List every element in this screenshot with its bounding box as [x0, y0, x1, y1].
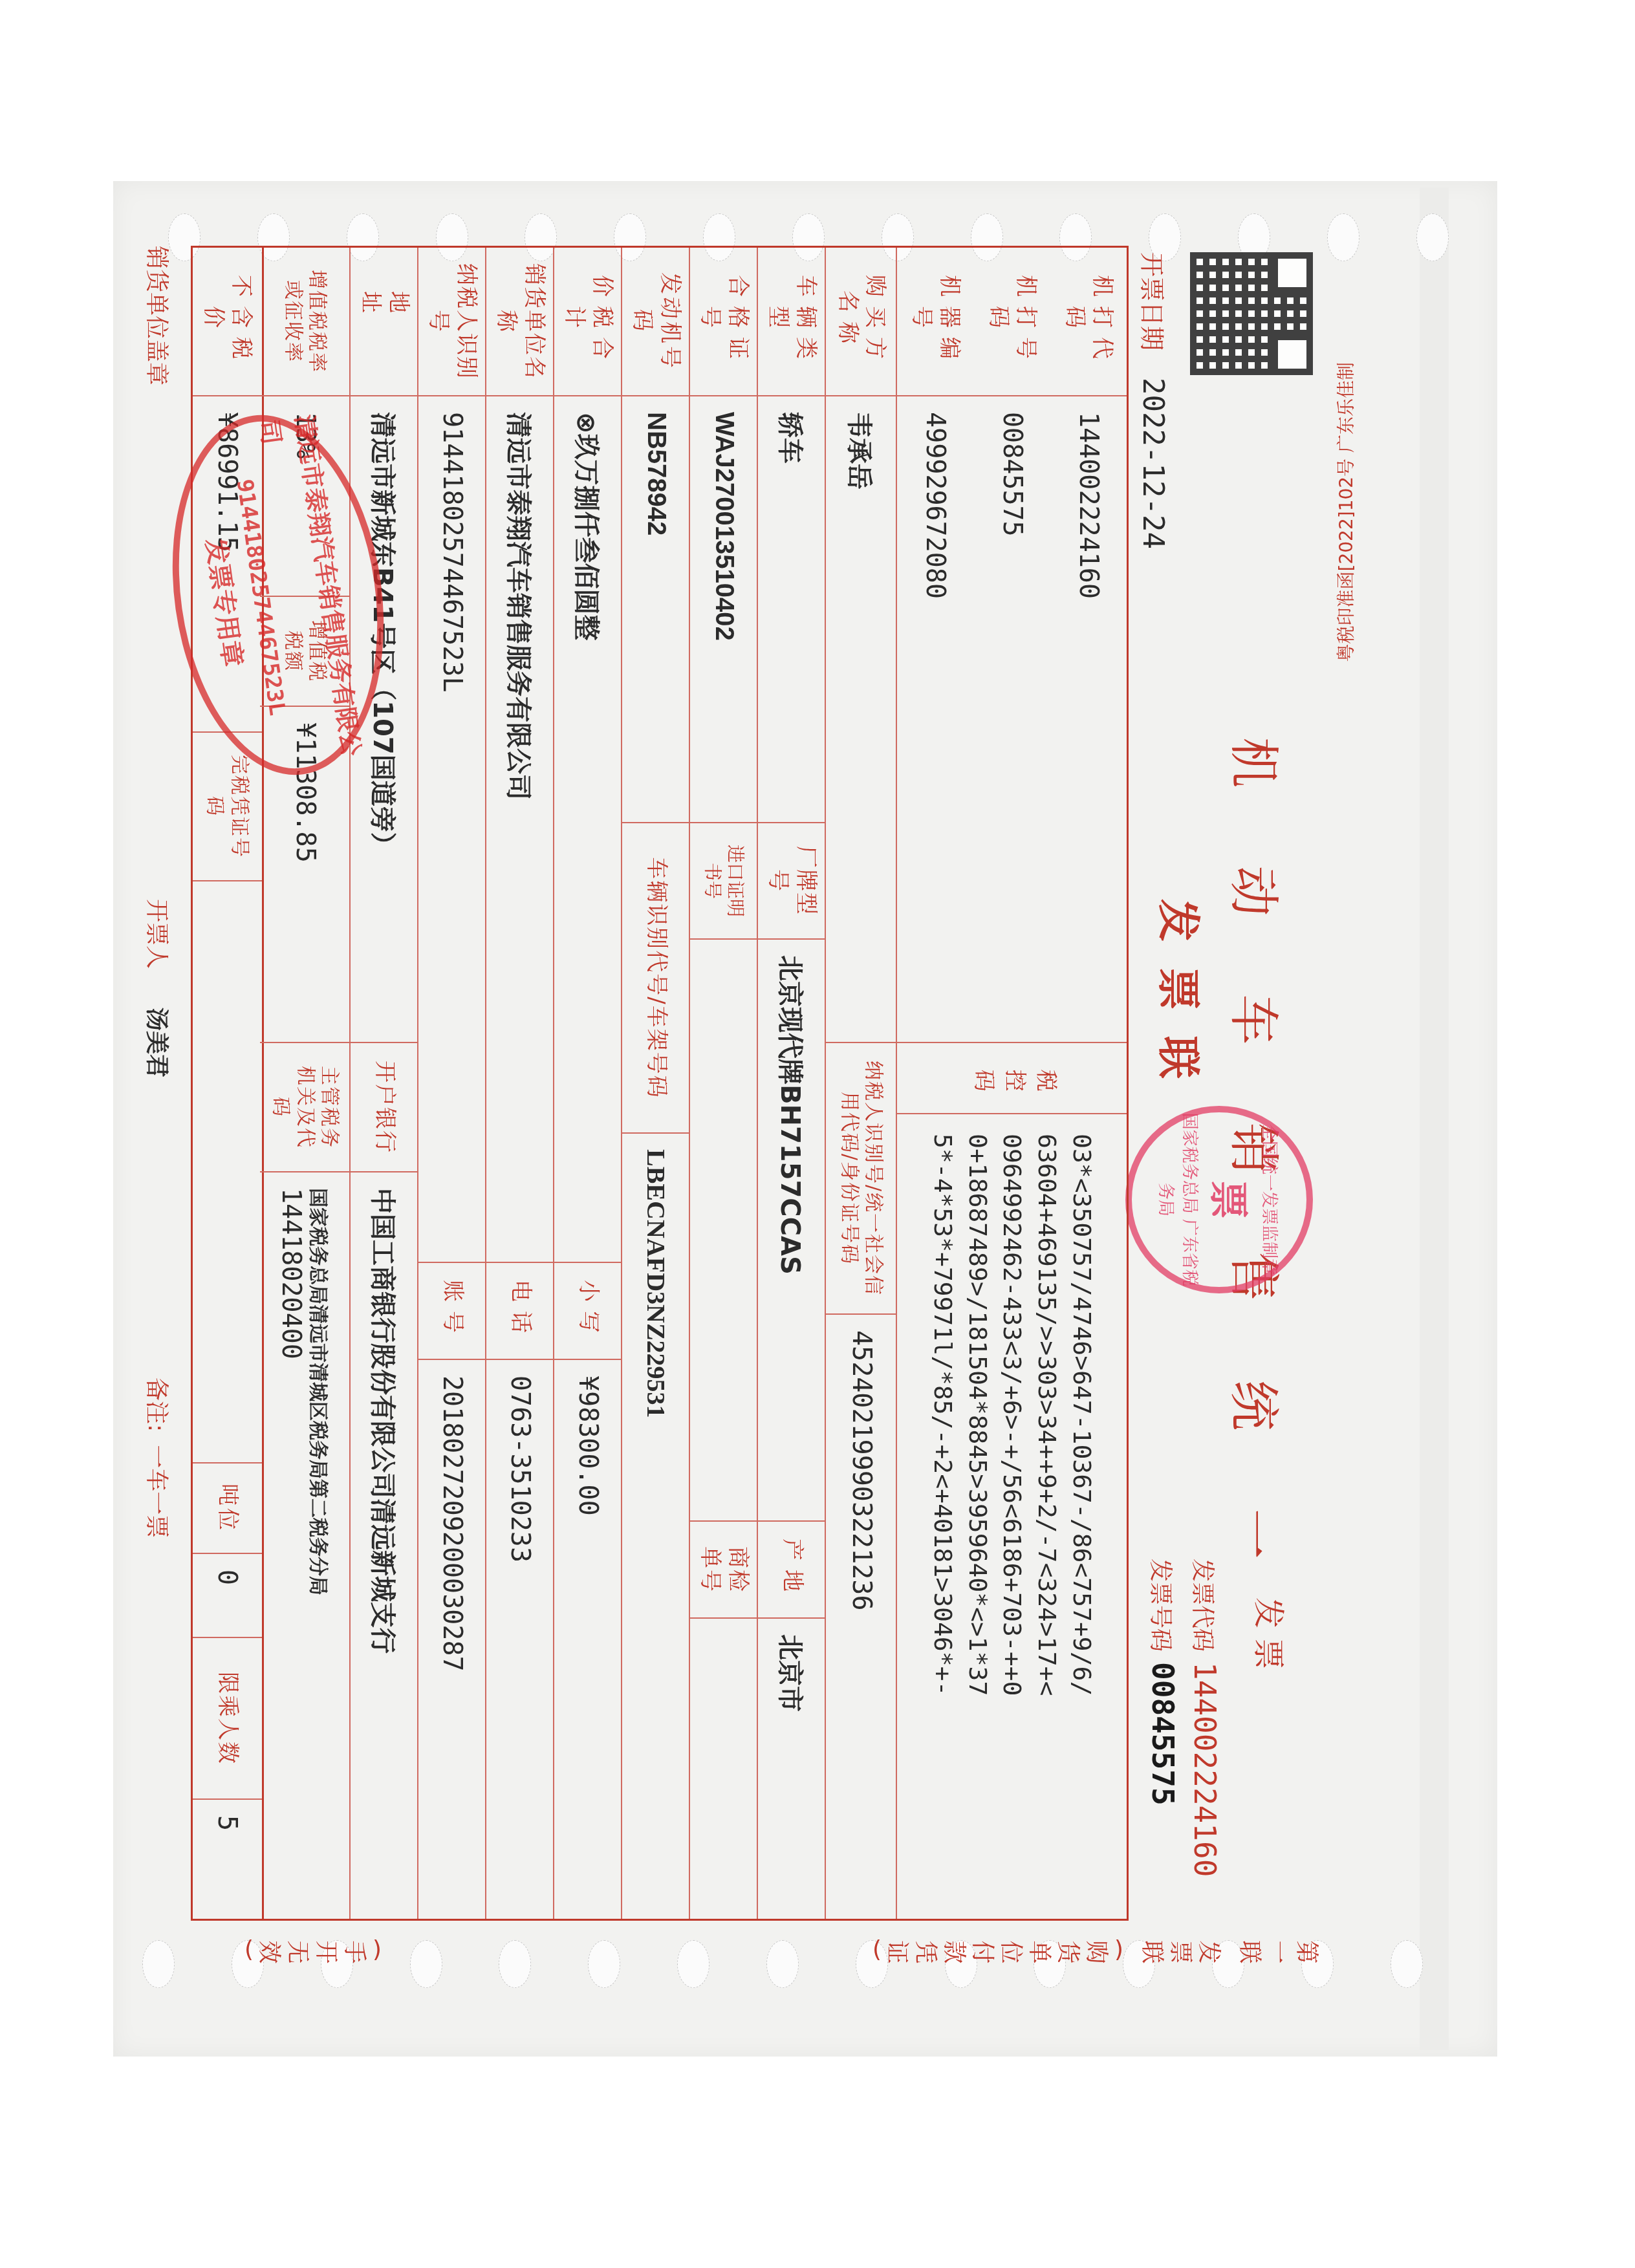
seller-name: 清远市泰翔汽车销售服务有限公司 [486, 396, 554, 1263]
copy-note: 第一联 发票联 (购货单位付款凭证) [867, 1934, 1319, 1967]
inspection-number [690, 1619, 758, 1919]
vehicle-sales-invoice: 开票日期 2022-12-24 机 动 车 销 售 统 一 发票联 发 票 全国… [142, 246, 1319, 1953]
remark: 备注:一车一票 [142, 1377, 175, 1538]
row-buyer: 购买方名称 韦承岳 纳税人识别号/统一社会信用代码/身份证号码 45240219… [825, 248, 897, 1919]
seller-account: 2018027209200030287 [418, 1360, 486, 1919]
issue-date-label: 开票日期 [1138, 252, 1166, 351]
row-seller-name: 销货单位名称 清远市泰翔汽车销售服务有限公司 电话 0763-3510233 [485, 248, 554, 1919]
total-small: ¥98300.00 [554, 1360, 622, 1919]
seller-tax-id: 91441802574467523L [418, 396, 486, 1263]
seller-bank: 中国工商银行股份有限公司清远新城支行 [351, 1172, 418, 1919]
handwritten-invalid-note: (手开无效) [188, 1934, 382, 1967]
machine-serial: 499929672080 [920, 412, 950, 599]
total-uppercase: ⊗玖万捌仟叁佰圆整 [554, 396, 622, 1263]
tax-authority: 国家税务总局清远市清城区税务局第二税务分局 [306, 1188, 334, 1595]
row-vehicle-type: 车辆类型 轿车 厂牌型号 北京现代牌BH7157CCAS 产地 北京市 [757, 248, 826, 1919]
paper-edge [1420, 188, 1449, 2050]
engine-number: NB578942 [622, 396, 690, 823]
invoice-number: 发票号码00845575 [1145, 1559, 1180, 1806]
passenger-limit: 5 [193, 1800, 262, 1919]
row-certificate: 合格证号 WAJ270013510402 进口证明书号 商检单号 [689, 248, 758, 1919]
vehicle-type: 轿车 [758, 396, 826, 823]
row-total: 价税合计 ⊗玖万捌仟叁佰圆整 小写 ¥98300.00 [553, 248, 622, 1919]
duty-paid-number [193, 881, 262, 1463]
printer-imprint: 粤税印准函[2022]102号 广东乐佳制 [1332, 362, 1358, 662]
seller-seal-label: 销货单位盖章 [142, 246, 175, 385]
origin: 北京市 [758, 1619, 826, 1919]
row-machine-codes: 机打代码 机打号码 机器编号 144002224160 00845575 499… [896, 248, 1127, 1919]
row-seller-taxid: 纳税人识别号 91441802574467523L 账号 20180272092… [417, 248, 486, 1919]
issue-date-value: 2022-12-24 [1136, 378, 1169, 549]
buyer-id: 452402199903221236 [826, 1315, 897, 1919]
seller-phone: 0763-3510233 [486, 1360, 554, 1919]
issuer: 开票人汤美君 [142, 899, 175, 1077]
issue-date: 开票日期 2022-12-24 [1136, 252, 1172, 549]
invoice-copy-title: 发票联 [1151, 899, 1213, 1105]
brand-model: 北京现代牌BH7157CCAS [758, 940, 826, 1522]
qr-code-icon [1190, 252, 1313, 375]
remark-value: 一车一票 [143, 1445, 169, 1538]
tonnage: 0 [193, 1554, 262, 1638]
invoice-title-tail: 发 票 [1249, 1597, 1294, 1669]
invoice-table: 机打代码 机打号码 机器编号 144002224160 00845575 499… [262, 246, 1129, 1921]
row-seller-address: 地址 清远市新城东B41号区（107国道旁） 开户银行 中国工商银行股份有限公司… [349, 248, 418, 1919]
vin: LBECNAFD3NZ229531 [622, 1134, 690, 1919]
import-cert [690, 940, 758, 1522]
machine-number: 00845575 [997, 412, 1027, 537]
certificate-number: WAJ270013510402 [690, 396, 758, 823]
tax-authority-code: 14418020400 [276, 1188, 306, 1359]
tax-control-code: 03*<350757/4746>647-10367-/86<757+9/6/ 6… [897, 1114, 1127, 1919]
tax-control-label: 税控码 [897, 1043, 1127, 1114]
issuer-name: 汤美君 [143, 1008, 169, 1077]
invoice-code: 发票代码144002224160 [1187, 1559, 1222, 1877]
buyer-name: 韦承岳 [826, 396, 897, 1043]
row-engine: 发动机号码 NB578942 车辆识别代号/车架号码 LBECNAFD3NZ22… [621, 248, 690, 1919]
machine-code: 144002224160 [1074, 412, 1103, 599]
tax-bureau-seal: 全国统一发票监制章 票 国家税务总局 广东省税务局 [1125, 1106, 1313, 1293]
